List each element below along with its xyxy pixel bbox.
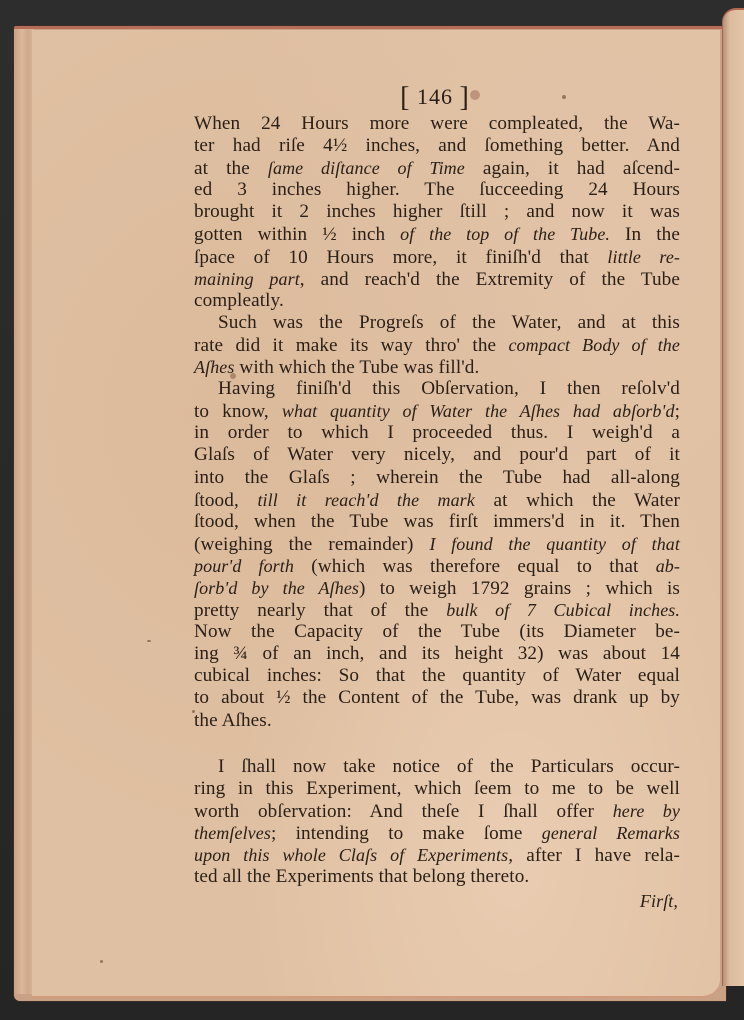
roman-text: ſtood, when the Tube was firſt immers'd … (194, 511, 680, 532)
roman-text: Such was the Progreſs of the Water, and … (218, 312, 680, 333)
page-number-value: 146 (417, 84, 453, 109)
roman-text: ing ¾ of an inch, and its height 32) was… (194, 643, 680, 664)
roman-text: with which the Tube was fill'd. (235, 357, 480, 378)
text-line: in order to which I proceeded thus. I we… (194, 422, 680, 444)
roman-text: worth obſervation: And theſe I ſhall off… (194, 801, 613, 822)
roman-text: I ſhall now take notice of the Particula… (218, 756, 680, 777)
foxing-spot (147, 640, 151, 642)
roman-text: compleatly. (194, 290, 284, 311)
roman-text: ring in this Experiment, which ſeem to m… (194, 778, 680, 799)
paragraph-gap (194, 732, 680, 756)
roman-text: ; intending to make ſome (271, 823, 542, 844)
page-text: [ 146 ] When 24 Hours more were compleat… (194, 84, 680, 912)
text-line: ſtood, when the Tube was firſt immers'd … (194, 511, 680, 533)
roman-text: Glaſs of Water very nicely, and pour'd p… (194, 444, 680, 465)
roman-text: again, it had aſcend- (465, 158, 680, 179)
text-line: worth obſervation: And theſe I ſhall off… (194, 800, 680, 822)
roman-text: When 24 Hours more were compleated, the … (194, 113, 680, 134)
paragraphs: When 24 Hours more were compleated, the … (194, 113, 680, 888)
roman-text: ted all the Experiments that belong ther… (194, 866, 529, 887)
roman-text: ; (675, 401, 680, 422)
roman-text: brought it 2 inches higher ſtill ; and n… (194, 201, 680, 222)
text-line: When 24 Hours more were compleated, the … (194, 113, 680, 135)
italic-text: ſame diſtance of Time (268, 158, 465, 178)
text-line: compleatly. (194, 290, 680, 312)
text-line: ſtood, till it reach'd the mark at which… (194, 489, 680, 511)
text-line: maining part, and reach'd the Extremity … (194, 268, 680, 290)
roman-text: rate did it make its way thro' the (194, 335, 508, 356)
text-line: Glaſs of Water very nicely, and pour'd p… (194, 444, 680, 466)
paragraph: When 24 Hours more were compleated, the … (194, 113, 680, 312)
text-line: ed 3 inches higher. The ſucceeding 24 Ho… (194, 179, 680, 201)
roman-text: at which the Water (475, 490, 680, 511)
text-line: rate did it make its way thro' the compa… (194, 334, 680, 356)
roman-text: to know, (194, 401, 282, 422)
italic-text: pour'd forth (194, 556, 294, 576)
text-line: ſpace of 10 Hours more, it finiſh'd that… (194, 246, 680, 268)
text-line: upon this whole Claſs of Experiments, af… (194, 844, 680, 866)
text-line: themſelves; intending to make ſome gener… (194, 822, 680, 844)
italic-text: little re- (607, 247, 680, 267)
roman-text: ſtood, (194, 490, 257, 511)
roman-text: gotten within ½ inch (194, 224, 400, 245)
text-line: the Aſhes. (194, 710, 680, 732)
italic-text: till it reach'd the mark (257, 490, 474, 510)
roman-text: (weighing the remainder) (194, 534, 429, 555)
paragraph: Having finiſh'd this Obſervation, I then… (194, 378, 680, 732)
italic-text: compact Body of the (508, 335, 680, 355)
italic-text: ab- (656, 556, 680, 576)
roman-text: pretty nearly that of the (194, 600, 446, 621)
text-line: ſorb'd by the Aſhes) to weigh 1792 grain… (194, 577, 680, 599)
italic-text: here by (613, 801, 680, 821)
italic-text: upon this whole Claſs of Experiments (194, 845, 508, 865)
paragraph: I ſhall now take notice of the Particula… (194, 756, 680, 889)
text-line: ing ¾ of an inch, and its height 32) was… (194, 643, 680, 665)
italic-text: maining part (194, 269, 300, 289)
text-line: at the ſame diſtance of Time again, it h… (194, 157, 680, 179)
text-line: Now the Capacity of the Tube (its Diamet… (194, 621, 680, 643)
roman-text: , and reach'd the Extremity of the Tube (300, 269, 680, 290)
foxing-spot (100, 960, 103, 963)
roman-text: the Aſhes. (194, 710, 272, 731)
roman-text: into the Glaſs ; wherein the Tube had al… (194, 467, 680, 488)
folio-bracket-open: [ (400, 82, 410, 113)
roman-text: In the (610, 224, 680, 245)
text-line: ter had riſe 4½ inches, and ſomething be… (194, 135, 680, 157)
text-line: cubical inches: So that the quantity of … (194, 665, 680, 687)
roman-text: in order to which I proceeded thus. I we… (194, 422, 680, 443)
italic-text: what quantity of Water the Aſhes had abſ… (282, 401, 675, 421)
roman-text: (which was therefore equal to that (294, 556, 656, 577)
text-line: to about ½ the Content of the Tube, was … (194, 687, 680, 709)
text-line: I ſhall now take notice of the Particula… (194, 756, 680, 778)
roman-text: ſpace of 10 Hours more, it finiſh'd that (194, 247, 607, 268)
text-line: brought it 2 inches higher ſtill ; and n… (194, 201, 680, 223)
text-line: (weighing the remainder) I found the qua… (194, 533, 680, 555)
text-line: to know, what quantity of Water the Aſhe… (194, 400, 680, 422)
roman-text: Having finiſh'd this Obſervation, I then… (218, 378, 680, 399)
roman-text: at the (194, 158, 268, 179)
roman-text: ter had riſe 4½ inches, and ſomething be… (194, 135, 680, 156)
italic-text: Aſhes (194, 357, 235, 377)
roman-text: cubical inches: So that the quantity of … (194, 665, 680, 686)
italic-text: of the top of the Tube. (400, 224, 610, 244)
roman-text: Now the Capacity of the Tube (its Diamet… (194, 621, 680, 642)
italic-text: themſelves (194, 823, 271, 843)
facing-page-edge (722, 8, 744, 986)
text-line: pretty nearly that of the bulk of 7 Cubi… (194, 599, 680, 621)
roman-text: ) to weigh 1792 grains ; which is (359, 578, 680, 599)
text-line: into the Glaſs ; wherein the Tube had al… (194, 467, 680, 489)
text-line: ring in this Experiment, which ſeem to m… (194, 778, 680, 800)
italic-text: bulk of 7 Cubical inches. (446, 600, 680, 620)
text-line: gotten within ½ inch of the top of the T… (194, 223, 680, 245)
page-number: [ 146 ] (190, 84, 680, 111)
italic-text: ſorb'd by the Aſhes (194, 578, 359, 598)
folio-bracket-close: ] (460, 82, 470, 113)
paragraph: Such was the Progreſs of the Water, and … (194, 312, 680, 378)
text-line: ted all the Experiments that belong ther… (194, 866, 680, 888)
text-line: Having finiſh'd this Obſervation, I then… (194, 378, 680, 400)
text-line: Aſhes with which the Tube was fill'd. (194, 356, 680, 378)
text-line: pour'd forth (which was therefore equal … (194, 555, 680, 577)
catchword: Firſt, (194, 890, 680, 912)
roman-text: ed 3 inches higher. The ſucceeding 24 Ho… (194, 179, 680, 200)
italic-text: general Remarks (542, 823, 680, 843)
italic-text: I found the quantity of that (429, 534, 680, 554)
roman-text: to about ½ the Content of the Tube, was … (194, 687, 680, 708)
text-line: Such was the Progreſs of the Water, and … (194, 312, 680, 334)
roman-text: , after I have rela- (508, 845, 680, 866)
